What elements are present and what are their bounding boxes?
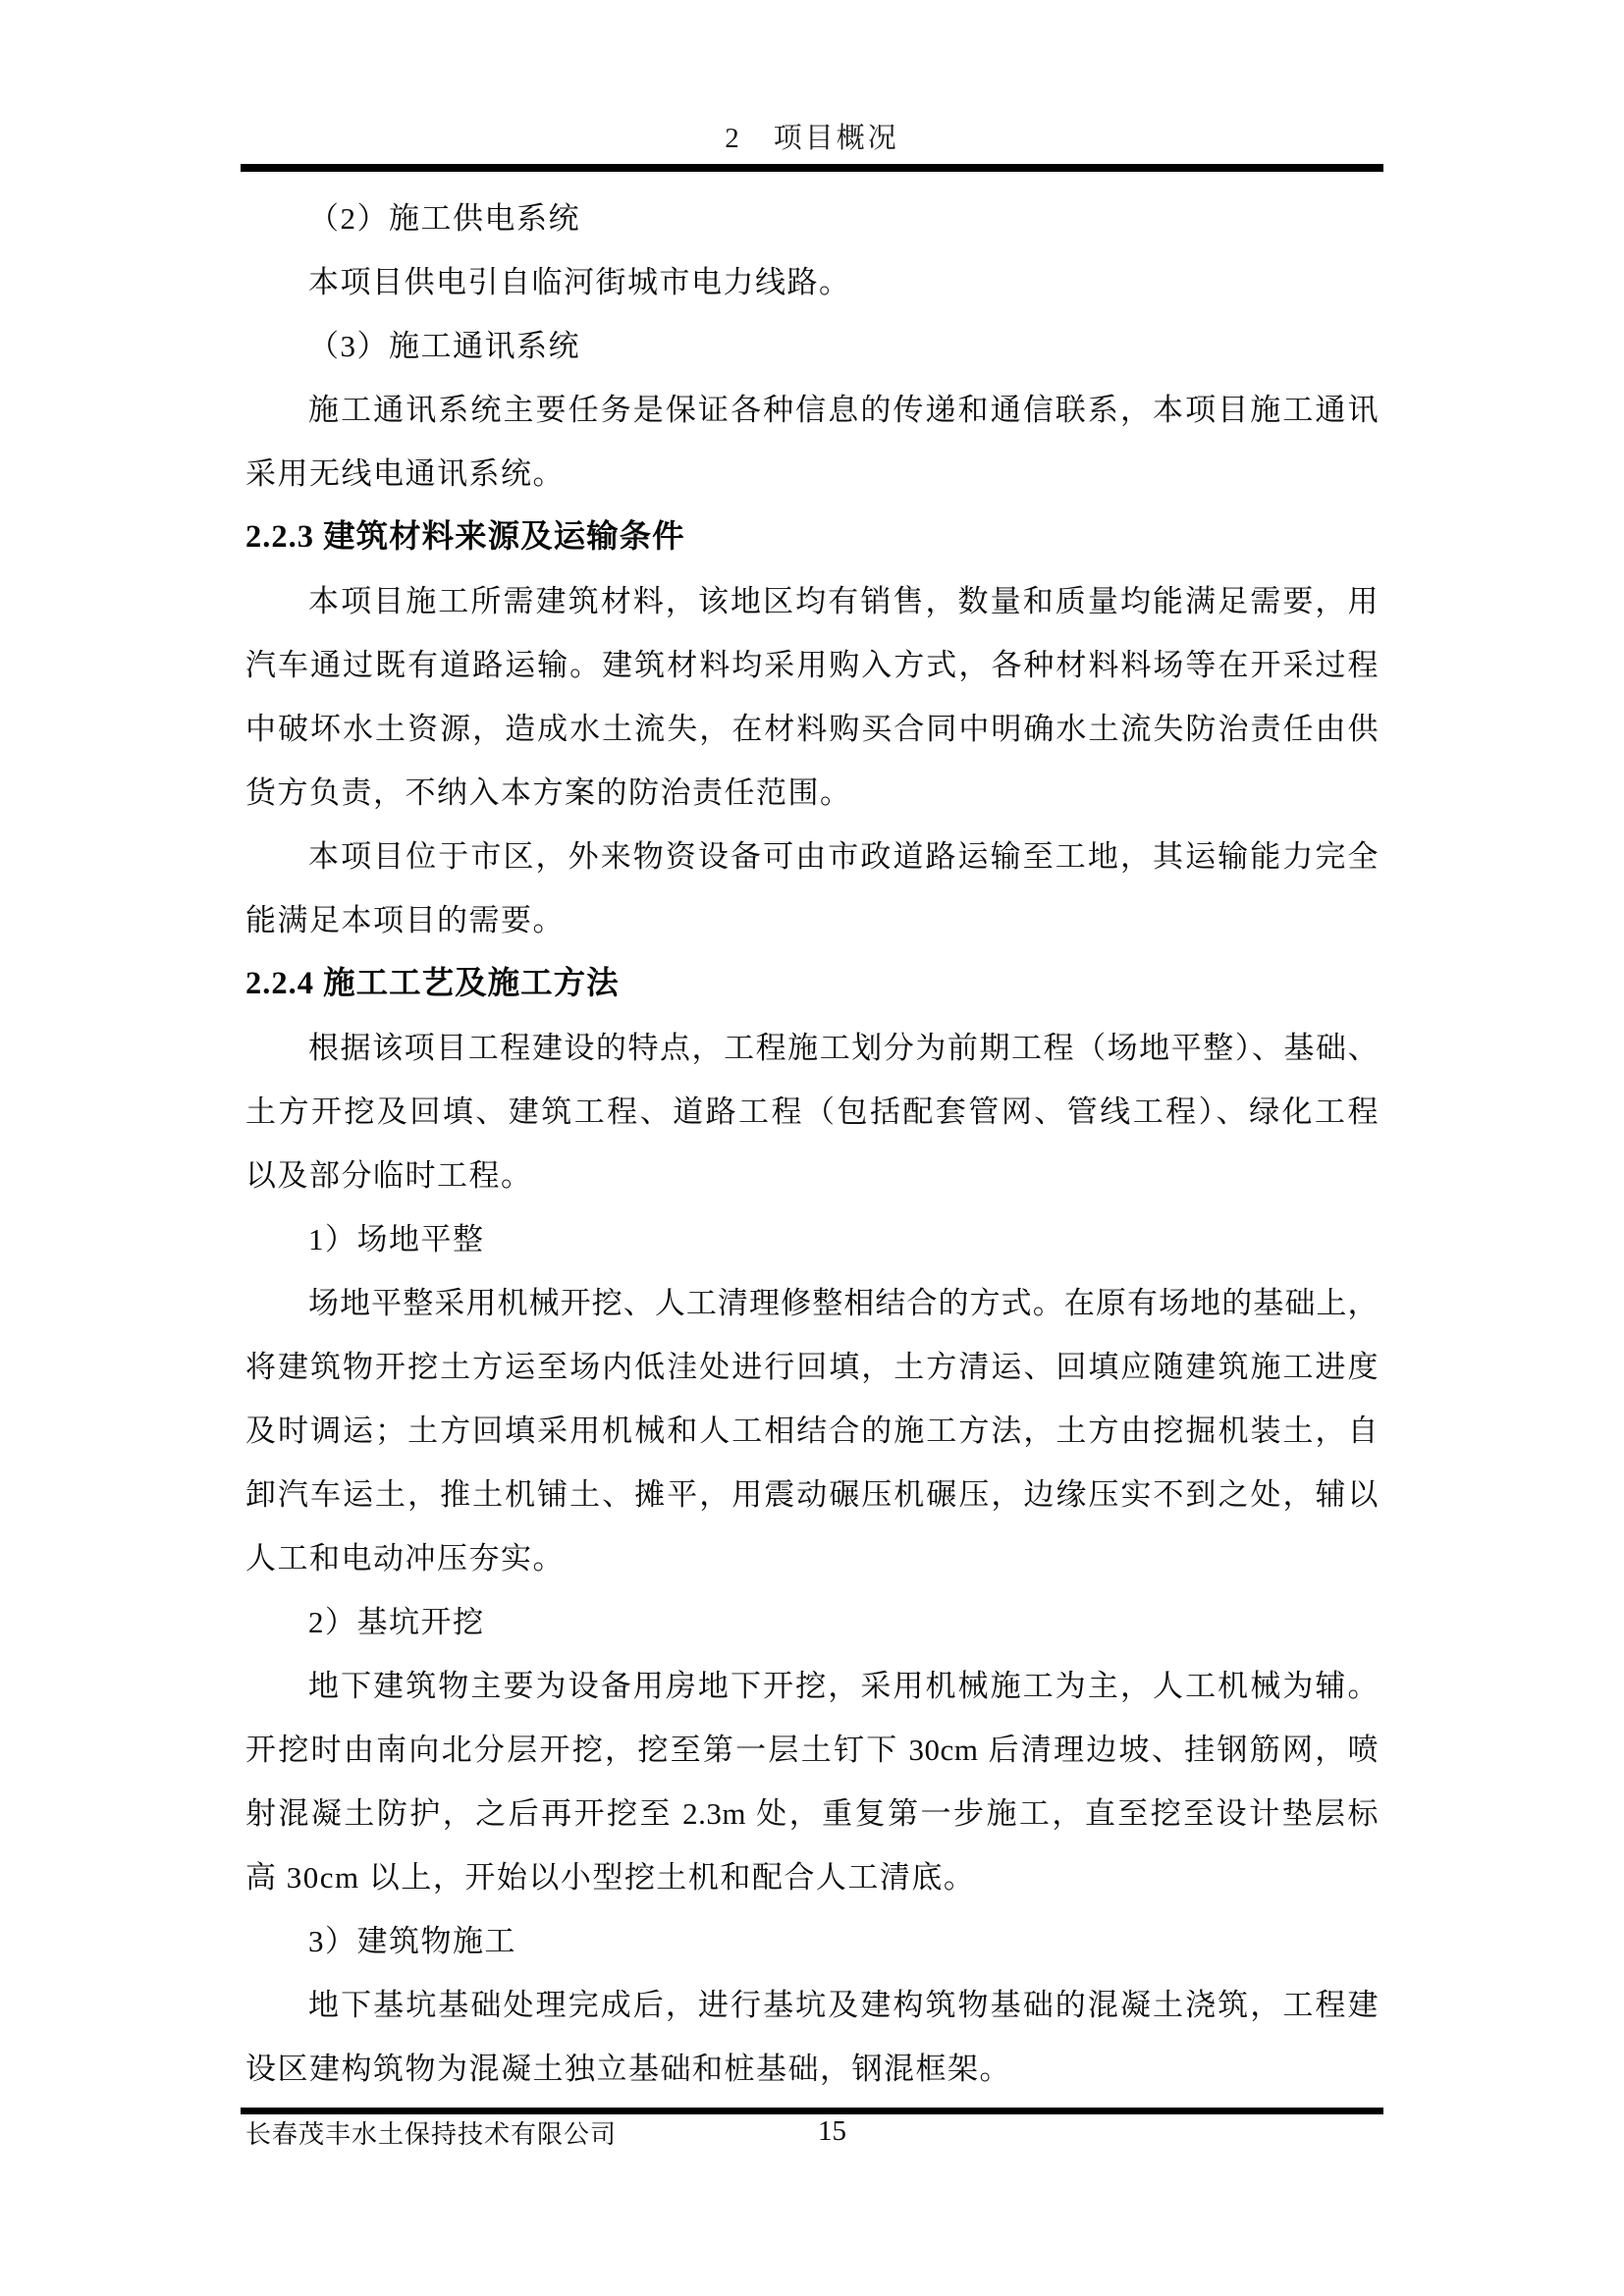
body-line: 地下建筑物主要为设备用房地下开挖，采用机械施工为主，人工机械为辅。 — [245, 1654, 1379, 1718]
body-line: 采用无线电通讯系统。 — [245, 442, 1379, 506]
document-page: 2 项目概况 （2）施工供电系统 本项目供电引自临河街城市电力线路。 （3）施工… — [0, 0, 1624, 2296]
body-line: 人工和电动冲压夯实。 — [245, 1526, 1379, 1590]
list-item-heading: 2）基坑开挖 — [245, 1590, 1379, 1654]
body-line: 地下基坑基础处理完成后，进行基坑及建构筑物基础的混凝土浇筑，工程建 — [245, 1973, 1379, 2037]
body-line: 土方开挖及回填、建筑工程、道路工程（包括配套管网、管线工程）、绿化工程 — [245, 1080, 1379, 1144]
page-header-title: 2 项目概况 — [0, 116, 1624, 161]
list-item-heading: 1）场地平整 — [245, 1207, 1379, 1271]
body-line: 将建筑物开挖土方运至场内低洼处进行回填，土方清运、回填应随建筑施工进度 — [245, 1335, 1379, 1399]
body-line: （2）施工供电系统 — [245, 187, 1379, 250]
body-line: 本项目施工所需建筑材料，该地区均有销售，数量和质量均能满足需要，用 — [245, 569, 1379, 633]
body-line: 以及部分临时工程。 — [245, 1144, 1379, 1207]
body-line: 场地平整采用机械开挖、人工清理修整相结合的方式。在原有场地的基础上， — [245, 1271, 1379, 1335]
body-line: （3）施工通讯系统 — [245, 314, 1379, 378]
body-line: 根据该项目工程建设的特点，工程施工划分为前期工程（场地平整）、基础、 — [245, 1016, 1379, 1080]
body-line: 汽车通过既有道路运输。建筑材料均采用购入方式，各种材料料场等在开采过程 — [245, 633, 1379, 697]
body-line: 高 30cm 以上，开始以小型挖土机和配合人工清底。 — [245, 1845, 1379, 1909]
body-line: 及时调运；土方回填采用机械和人工相结合的施工方法，土方由挖掘机装土，自 — [245, 1399, 1379, 1463]
footer-company: 长春茂丰水土保持技术有限公司 — [245, 2116, 617, 2154]
body-line: 施工通讯系统主要任务是保证各种信息的传递和通信联系，本项目施工通讯 — [245, 378, 1379, 442]
body-line: 卸汽车运土，推土机铺土、摊平，用震动碾压机碾压，边缘压实不到之处，辅以 — [245, 1463, 1379, 1526]
header-rule — [241, 164, 1383, 172]
footer-page-number: 15 — [818, 2112, 846, 2150]
section-heading: 2.2.4 施工工艺及施工方法 — [245, 952, 1379, 1016]
body-line: 本项目供电引自临河街城市电力线路。 — [245, 250, 1379, 314]
body-line: 中破坏水土资源，造成水土流失，在材料购买合同中明确水土流失防治责任由供 — [245, 697, 1379, 761]
list-item-heading: 3）建筑物施工 — [245, 1909, 1379, 1973]
document-body: （2）施工供电系统 本项目供电引自临河街城市电力线路。 （3）施工通讯系统 施工… — [245, 187, 1379, 2101]
footer-rule — [241, 2108, 1383, 2114]
body-line: 货方负责，不纳入本方案的防治责任范围。 — [245, 761, 1379, 825]
body-line: 能满足本项目的需要。 — [245, 888, 1379, 952]
body-line: 本项目位于市区，外来物资设备可由市政道路运输至工地，其运输能力完全 — [245, 825, 1379, 888]
body-line: 设区建构筑物为混凝土独立基础和桩基础，钢混框架。 — [245, 2037, 1379, 2101]
section-heading: 2.2.3 建筑材料来源及运输条件 — [245, 506, 1379, 569]
body-line: 射混凝土防护，之后再开挖至 2.3m 处，重复第一步施工，直至挖至设计垫层标 — [245, 1782, 1379, 1845]
body-line: 开挖时由南向北分层开挖，挖至第一层土钉下 30cm 后清理边坡、挂钢筋网，喷 — [245, 1718, 1379, 1782]
